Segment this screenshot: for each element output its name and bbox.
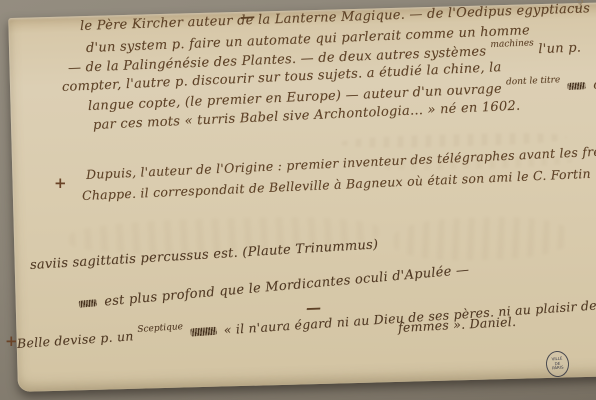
margin-plus-mark: + [54,174,67,192]
stamp-text: PARIS [552,366,564,372]
scanned-manuscript-page: 3 — le Père Kircher auteur de la Lantern… [0,0,596,400]
stray-dash-mark: — [306,298,322,317]
scribbled-out-word [79,299,98,308]
manuscript-line-plautus: saviis sagittatis percussus est. (Plaute… [30,237,379,273]
scribbled-out-word [190,327,216,337]
handwriting-layer: 3 — le Père Kircher auteur de la Lantern… [0,0,596,400]
manuscript-line-apuleius: est plus profond que le Mordicantes ocul… [75,263,469,312]
manuscript-text: l'un p. [538,40,581,57]
inserted-word: machines [490,38,534,50]
inserted-word: Sceptique [137,322,183,335]
manuscript-text: Belle devise p. un [17,328,134,351]
inserted-words: dont le titre [506,75,561,87]
manuscript-text: est plus profond que le Mordicantes ocul… [104,263,470,310]
margin-plus-mark: + [5,332,18,350]
scribbled-out-word [568,82,586,90]
